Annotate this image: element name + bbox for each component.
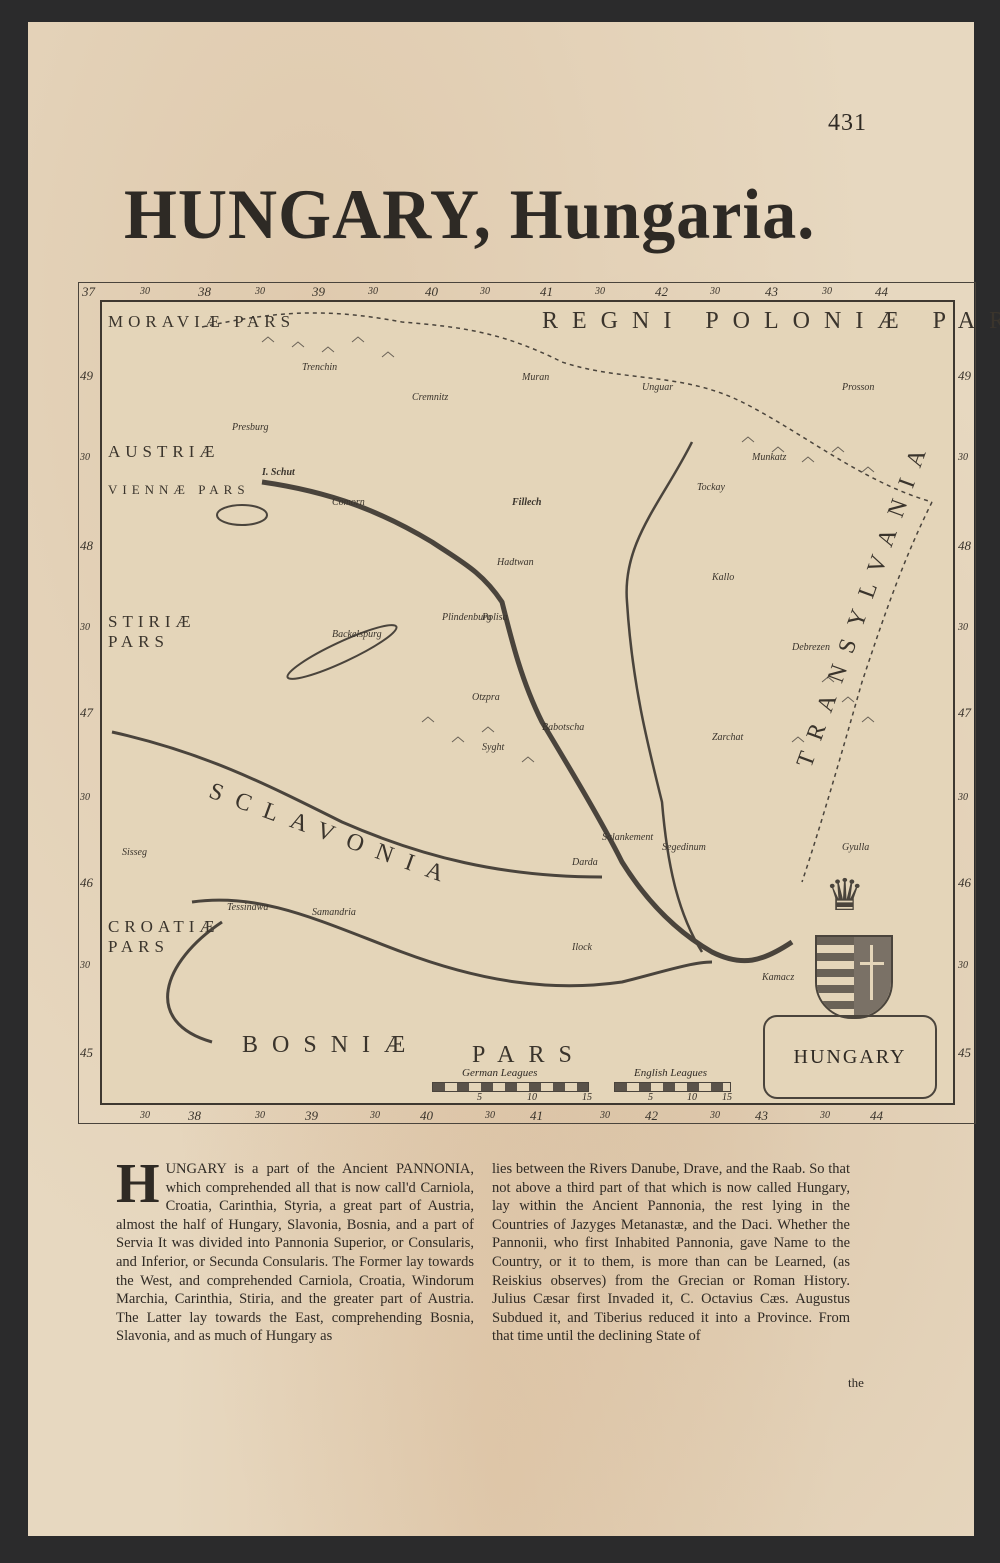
scale-bar-german [432,1082,589,1092]
place-label: Otzpra [472,692,500,703]
place-label: Salankement [602,832,653,843]
map-cartouche: HUNGARY [763,1015,937,1099]
column-2-text: lies between the Rivers Danube, Drave, a… [492,1160,850,1346]
crown-icon: ♛ [825,870,864,921]
longitude-tick: 37 [82,284,95,300]
place-label: Kallo [712,572,734,583]
region-viennae: VIENNÆ PARS [108,482,250,498]
latitude-tick: 47 [80,705,93,721]
scale-tick: 15 [582,1092,592,1103]
catchword: the [848,1375,864,1391]
text-column-1: H UNGARY is a part of the Ancient PANNON… [116,1160,474,1346]
place-label: Zarchat [712,732,743,743]
latitude-tick: 49 [80,368,93,384]
longitude-tick: 30 [600,1110,610,1121]
text-column-2: lies between the Rivers Danube, Drave, a… [492,1160,850,1346]
place-label: Ilock [572,942,592,953]
region-bosniae: BOSNIÆ [242,1032,419,1059]
place-label: Cremnitz [412,392,448,403]
latitude-tick: 30 [958,622,968,633]
place-label: Unguar [642,382,673,393]
latitude-tick: 48 [80,538,93,554]
longitude-tick: 41 [530,1108,543,1124]
place-label: Babotscha [542,722,584,733]
region-stiriae: STIRIÆ PARS [108,612,168,652]
longitude-tick: 40 [420,1108,433,1124]
longitude-tick: 30 [140,286,150,297]
place-label: Fillech [512,497,541,508]
scale-tick: 10 [687,1092,697,1103]
place-label: Kamacz [762,972,794,983]
longitude-tick: 44 [875,284,888,300]
place-label: Tessinawa [227,902,268,913]
longitude-tick: 30 [710,286,720,297]
longitude-tick: 39 [312,284,325,300]
longitude-tick: 40 [425,284,438,300]
shield-double-cross [854,937,891,1017]
longitude-tick: 30 [595,286,605,297]
place-label: Gyulla [842,842,869,853]
longitude-tick: 39 [305,1108,318,1124]
longitude-tick: 43 [755,1108,768,1124]
place-label: Comorn [332,497,365,508]
latitude-tick: 30 [80,960,90,971]
longitude-tick: 43 [765,284,778,300]
page-title: HUNGARY, Hungaria. [124,173,815,256]
latitude-tick: 46 [958,875,971,891]
scale-tick: 15 [722,1092,732,1103]
latitude-tick: 48 [958,538,971,554]
place-label: Syght [482,742,504,753]
shield-bars [817,937,854,1017]
longitude-tick: 30 [480,286,490,297]
scale-tick: 5 [648,1092,653,1103]
longitude-tick: 30 [255,286,265,297]
place-label: Debrezen [792,642,830,653]
coat-of-arms-icon [815,935,893,1019]
scale-bar-english [614,1082,731,1092]
longitude-tick: 30 [485,1110,495,1121]
longitude-tick: 30 [368,286,378,297]
region-pars: PARS [472,1042,586,1069]
latitude-tick: 30 [80,792,90,803]
region-poloniae: REGNI POLONIÆ PARS [542,308,1000,335]
latitude-tick: 30 [80,452,90,463]
place-label: Hadtwan [497,557,534,568]
place-label: Presburg [232,422,268,433]
longitude-tick: 30 [370,1110,380,1121]
place-label: Tockay [697,482,725,493]
longitude-tick: 30 [822,286,832,297]
longitude-tick: 38 [198,284,211,300]
place-label: Prosson [842,382,874,393]
latitude-tick: 45 [80,1045,93,1061]
place-label: Muran [522,372,549,383]
place-label: Segedinum [662,842,706,853]
latitude-tick: 47 [958,705,971,721]
region-croatiae: CROATIÆ PARS [108,917,203,957]
latitude-tick: 30 [80,622,90,633]
latitude-tick: 30 [958,792,968,803]
longitude-tick: 44 [870,1108,883,1124]
latitude-tick: 46 [80,875,93,891]
latitude-tick: 30 [958,960,968,971]
place-label: I. Schut [262,467,295,478]
place-label: Munkatz [752,452,786,463]
scale-tick: 5 [477,1092,482,1103]
place-label: Sisseg [122,847,147,858]
longitude-tick: 38 [188,1108,201,1124]
longitude-tick: 30 [255,1110,265,1121]
latitude-tick: 49 [958,368,971,384]
column-1-text: UNGARY is a part of the Ancient PANNONIA… [116,1160,474,1346]
longitude-tick: 42 [655,284,668,300]
longitude-tick: 30 [140,1110,150,1121]
cartouche-title: HUNGARY [794,1046,907,1069]
scale-label-english: English Leagues [634,1067,707,1079]
drop-cap: H [116,1162,160,1206]
longitude-tick: 41 [540,284,553,300]
region-moraviae: MORAVIÆ PARS [108,312,295,332]
place-label: Samandria [312,907,356,918]
longitude-tick: 30 [710,1110,720,1121]
scale-label-german: German Leagues [462,1067,537,1079]
scale-tick: 10 [527,1092,537,1103]
longitude-tick: 30 [820,1110,830,1121]
place-label: Polisa [482,612,508,623]
place-label: Backelspurg [332,629,382,640]
region-austriae: AUSTRIÆ [108,442,220,462]
place-label: Darda [572,857,598,868]
longitude-tick: 42 [645,1108,658,1124]
place-label: Trenchin [302,362,337,373]
latitude-tick: 45 [958,1045,971,1061]
latitude-tick: 30 [958,452,968,463]
page-number: 431 [828,110,867,137]
